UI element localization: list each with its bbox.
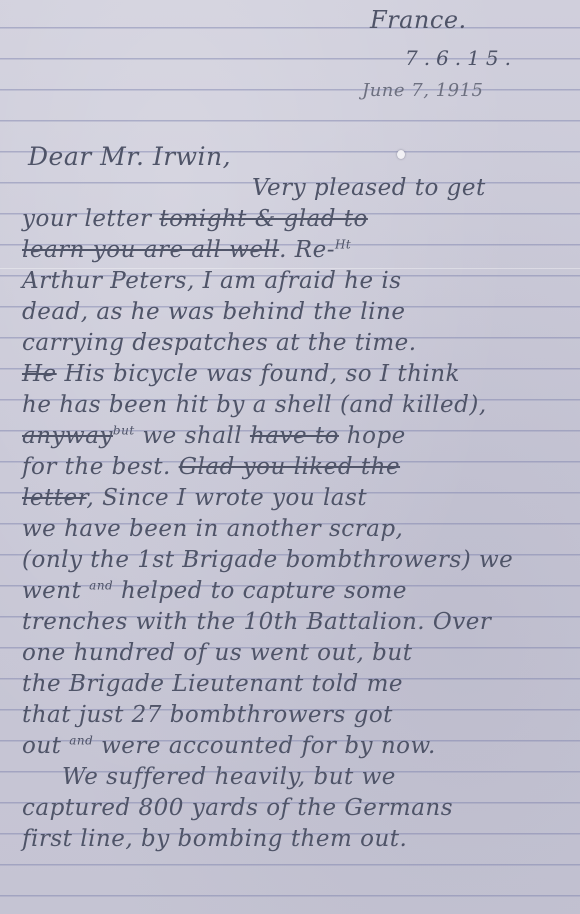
line-text: carrying despatches at the time. (22, 330, 417, 356)
letter-line: for the best. Glad you liked the (22, 454, 400, 480)
line-text: (only the 1st Brigade bombthrowers) we (22, 547, 513, 573)
inserted-word: Ht (335, 237, 351, 251)
letter-line: He His bicycle was found, so I think (22, 361, 460, 387)
letter-line: the Brigade Lieutenant told me (22, 671, 403, 697)
letter-line: Arthur Peters, I am afraid he is (22, 268, 402, 294)
letter-line: he has been hit by a shell (and killed), (22, 392, 487, 418)
letter-line: dead, as he was behind the line (22, 299, 405, 325)
line-text: Very pleased to get (252, 175, 486, 201)
line-text: His bicycle was found, so I think (57, 361, 460, 387)
struck-text: Glad you liked the (179, 454, 400, 480)
line-text: We suffered heavily, but we (62, 764, 396, 790)
salutation: Dear Mr. Irwin, (28, 142, 231, 171)
letter-line: letter, Since I wrote you last (22, 485, 367, 511)
line-text: we have been in another scrap, (22, 516, 403, 542)
letter-line: first line, by bombing them out. (22, 826, 407, 852)
header-place: France. (370, 6, 467, 34)
line-text: that just 27 bombthrowers got (22, 702, 393, 728)
line-text: were accounted for by now. (93, 733, 436, 759)
letter-line: trenches with the 10th Battalion. Over (22, 609, 491, 635)
line-text: we shall (135, 423, 250, 449)
line-text: the Brigade Lieutenant told me (22, 671, 403, 697)
line-text: first line, by bombing them out. (22, 826, 407, 852)
struck-text: letter (22, 485, 87, 511)
header-date: 7.6.15. (405, 46, 517, 70)
letter-line: that just 27 bombthrowers got (22, 702, 393, 728)
line-text: went (22, 578, 89, 604)
letter-line: we have been in another scrap, (22, 516, 403, 542)
line-text: trenches with the 10th Battalion. Over (22, 609, 491, 635)
letter-line: We suffered heavily, but we (62, 764, 396, 790)
struck-text: have to (250, 423, 339, 449)
inserted-word: but (113, 423, 135, 437)
inserted-word: and (89, 578, 113, 592)
line-text: Arthur Peters, I am afraid he is (22, 268, 402, 294)
line-text: one hundred of us went out, but (22, 640, 412, 666)
letter-line: learn you are all well. Re-Ht (22, 237, 351, 263)
line-text: . Re- (279, 237, 335, 263)
line-text: for the best. (22, 454, 179, 480)
letter-line: one hundred of us went out, but (22, 640, 412, 666)
line-text: he has been hit by a shell (and killed), (22, 392, 487, 418)
letter-line: went and helped to capture some (22, 578, 407, 604)
line-text: , Since I wrote you last (87, 485, 368, 511)
paper-hole (397, 150, 405, 159)
inserted-word: and (69, 733, 93, 747)
letter-line: Very pleased to get (252, 175, 486, 201)
line-text: helped to capture some (113, 578, 407, 604)
letter-line: captured 800 yards of the Germans (22, 795, 453, 821)
struck-text: anyway (22, 423, 113, 449)
line-text: dead, as he was behind the line (22, 299, 405, 325)
struck-text: tonight & glad to (159, 206, 368, 232)
struck-text: learn you are all well (22, 237, 279, 263)
struck-text: He (22, 361, 57, 387)
line-text: hope (339, 423, 406, 449)
letter-line: your letter tonight & glad to (22, 206, 368, 232)
letter-line: carrying despatches at the time. (22, 330, 417, 356)
letter-page: France. 7.6.15. June 7, 1915 Dear Mr. Ir… (0, 0, 580, 914)
letter-line: anywaybut we shall have to hope (22, 423, 406, 449)
line-text: your letter (22, 206, 159, 232)
line-text: out (22, 733, 69, 759)
line-text: captured 800 yards of the Germans (22, 795, 453, 821)
letter-line: (only the 1st Brigade bombthrowers) we (22, 547, 513, 573)
header-date-annotation: June 7, 1915 (362, 80, 483, 101)
letter-line: out and were accounted for by now. (22, 733, 436, 759)
